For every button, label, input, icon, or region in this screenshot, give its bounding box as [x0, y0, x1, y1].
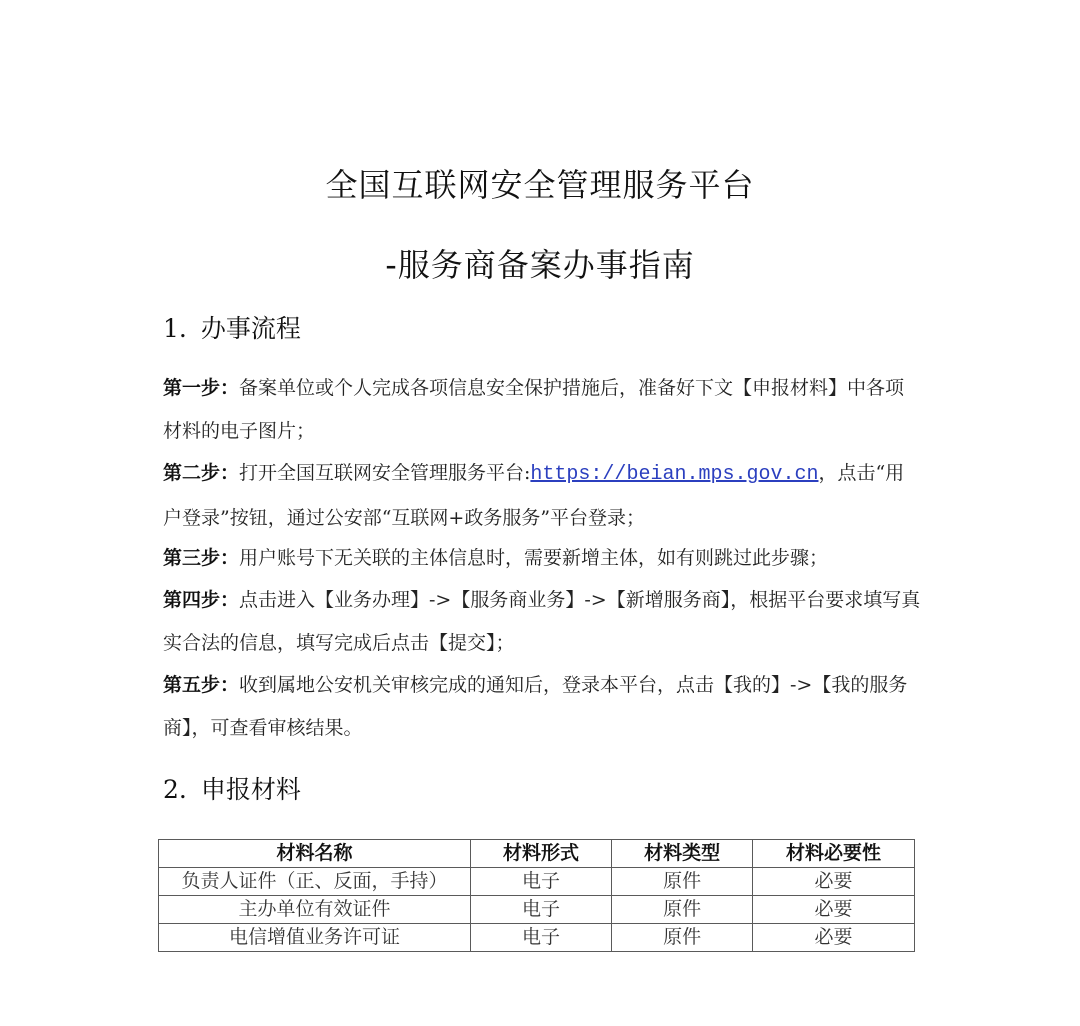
section-title: 办事流程	[201, 314, 301, 343]
cell-name: 主办单位有效证件	[159, 896, 471, 924]
step-5: 第五步：收到属地公安机关审核完成的通知后，登录本平台，点击【我的】->【我的服务…	[163, 664, 923, 749]
cell-necessity: 必要	[753, 896, 915, 924]
header-material-necessity: 材料必要性	[753, 840, 915, 868]
step-text: 备案单位或个人完成各项信息安全保护措施后，准备好下文【申报材料】中各项材料的电子…	[163, 377, 904, 442]
step-4: 第四步：点击进入【业务办理】->【服务商业务】->【新增服务商】，根据平台要求填…	[163, 579, 923, 664]
document-subtitle: -服务商备案办事指南	[0, 240, 1080, 286]
cell-type: 原件	[612, 896, 753, 924]
step-label: 第五步：	[163, 674, 239, 696]
document-title: 全国互联网安全管理服务平台	[0, 160, 1080, 206]
step-3: 第三步：用户账号下无关联的主体信息时，需要新增主体，如有则跳过此步骤；	[163, 537, 923, 580]
section-heading-process: 1.办事流程	[163, 309, 301, 345]
step-label: 第四步：	[163, 589, 239, 611]
cell-form: 电子	[471, 896, 612, 924]
section-number: 2.	[163, 775, 187, 804]
cell-type: 原件	[612, 924, 753, 952]
step-text: 收到属地公安机关审核完成的通知后，登录本平台，点击【我的】->【我的服务商】，可…	[163, 674, 907, 739]
table-header-row: 材料名称 材料形式 材料类型 材料必要性	[159, 840, 915, 868]
table-row: 主办单位有效证件 电子 原件 必要	[159, 896, 915, 924]
step-label: 第一步：	[163, 377, 239, 399]
step-1: 第一步：备案单位或个人完成各项信息安全保护措施后，准备好下文【申报材料】中各项材…	[163, 367, 923, 452]
step-label: 第二步：	[163, 462, 239, 484]
materials-table: 材料名称 材料形式 材料类型 材料必要性 负责人证件（正、反面，手持） 电子 原…	[158, 839, 915, 952]
cell-name: 电信增值业务许可证	[159, 924, 471, 952]
step-2: 第二步：打开全国互联网安全管理服务平台:https://beian.mps.go…	[163, 452, 923, 539]
platform-link[interactable]: https://beian.mps.gov.cn	[530, 463, 818, 486]
cell-name: 负责人证件（正、反面，手持）	[159, 868, 471, 896]
header-material-name: 材料名称	[159, 840, 471, 868]
step-text: 打开全国互联网安全管理服务平台:	[239, 462, 530, 484]
step-text: 用户账号下无关联的主体信息时，需要新增主体，如有则跳过此步骤；	[239, 547, 828, 569]
section-number: 1.	[163, 314, 187, 343]
step-text: 点击进入【业务办理】->【服务商业务】->【新增服务商】，根据平台要求填写真实合…	[163, 589, 920, 654]
cell-necessity: 必要	[753, 924, 915, 952]
table-row: 负责人证件（正、反面，手持） 电子 原件 必要	[159, 868, 915, 896]
cell-type: 原件	[612, 868, 753, 896]
section-heading-materials: 2.申报材料	[163, 770, 301, 806]
cell-necessity: 必要	[753, 868, 915, 896]
section-title: 申报材料	[201, 775, 301, 804]
table-row: 电信增值业务许可证 电子 原件 必要	[159, 924, 915, 952]
header-material-type: 材料类型	[612, 840, 753, 868]
cell-form: 电子	[471, 924, 612, 952]
header-material-form: 材料形式	[471, 840, 612, 868]
step-label: 第三步：	[163, 547, 239, 569]
cell-form: 电子	[471, 868, 612, 896]
